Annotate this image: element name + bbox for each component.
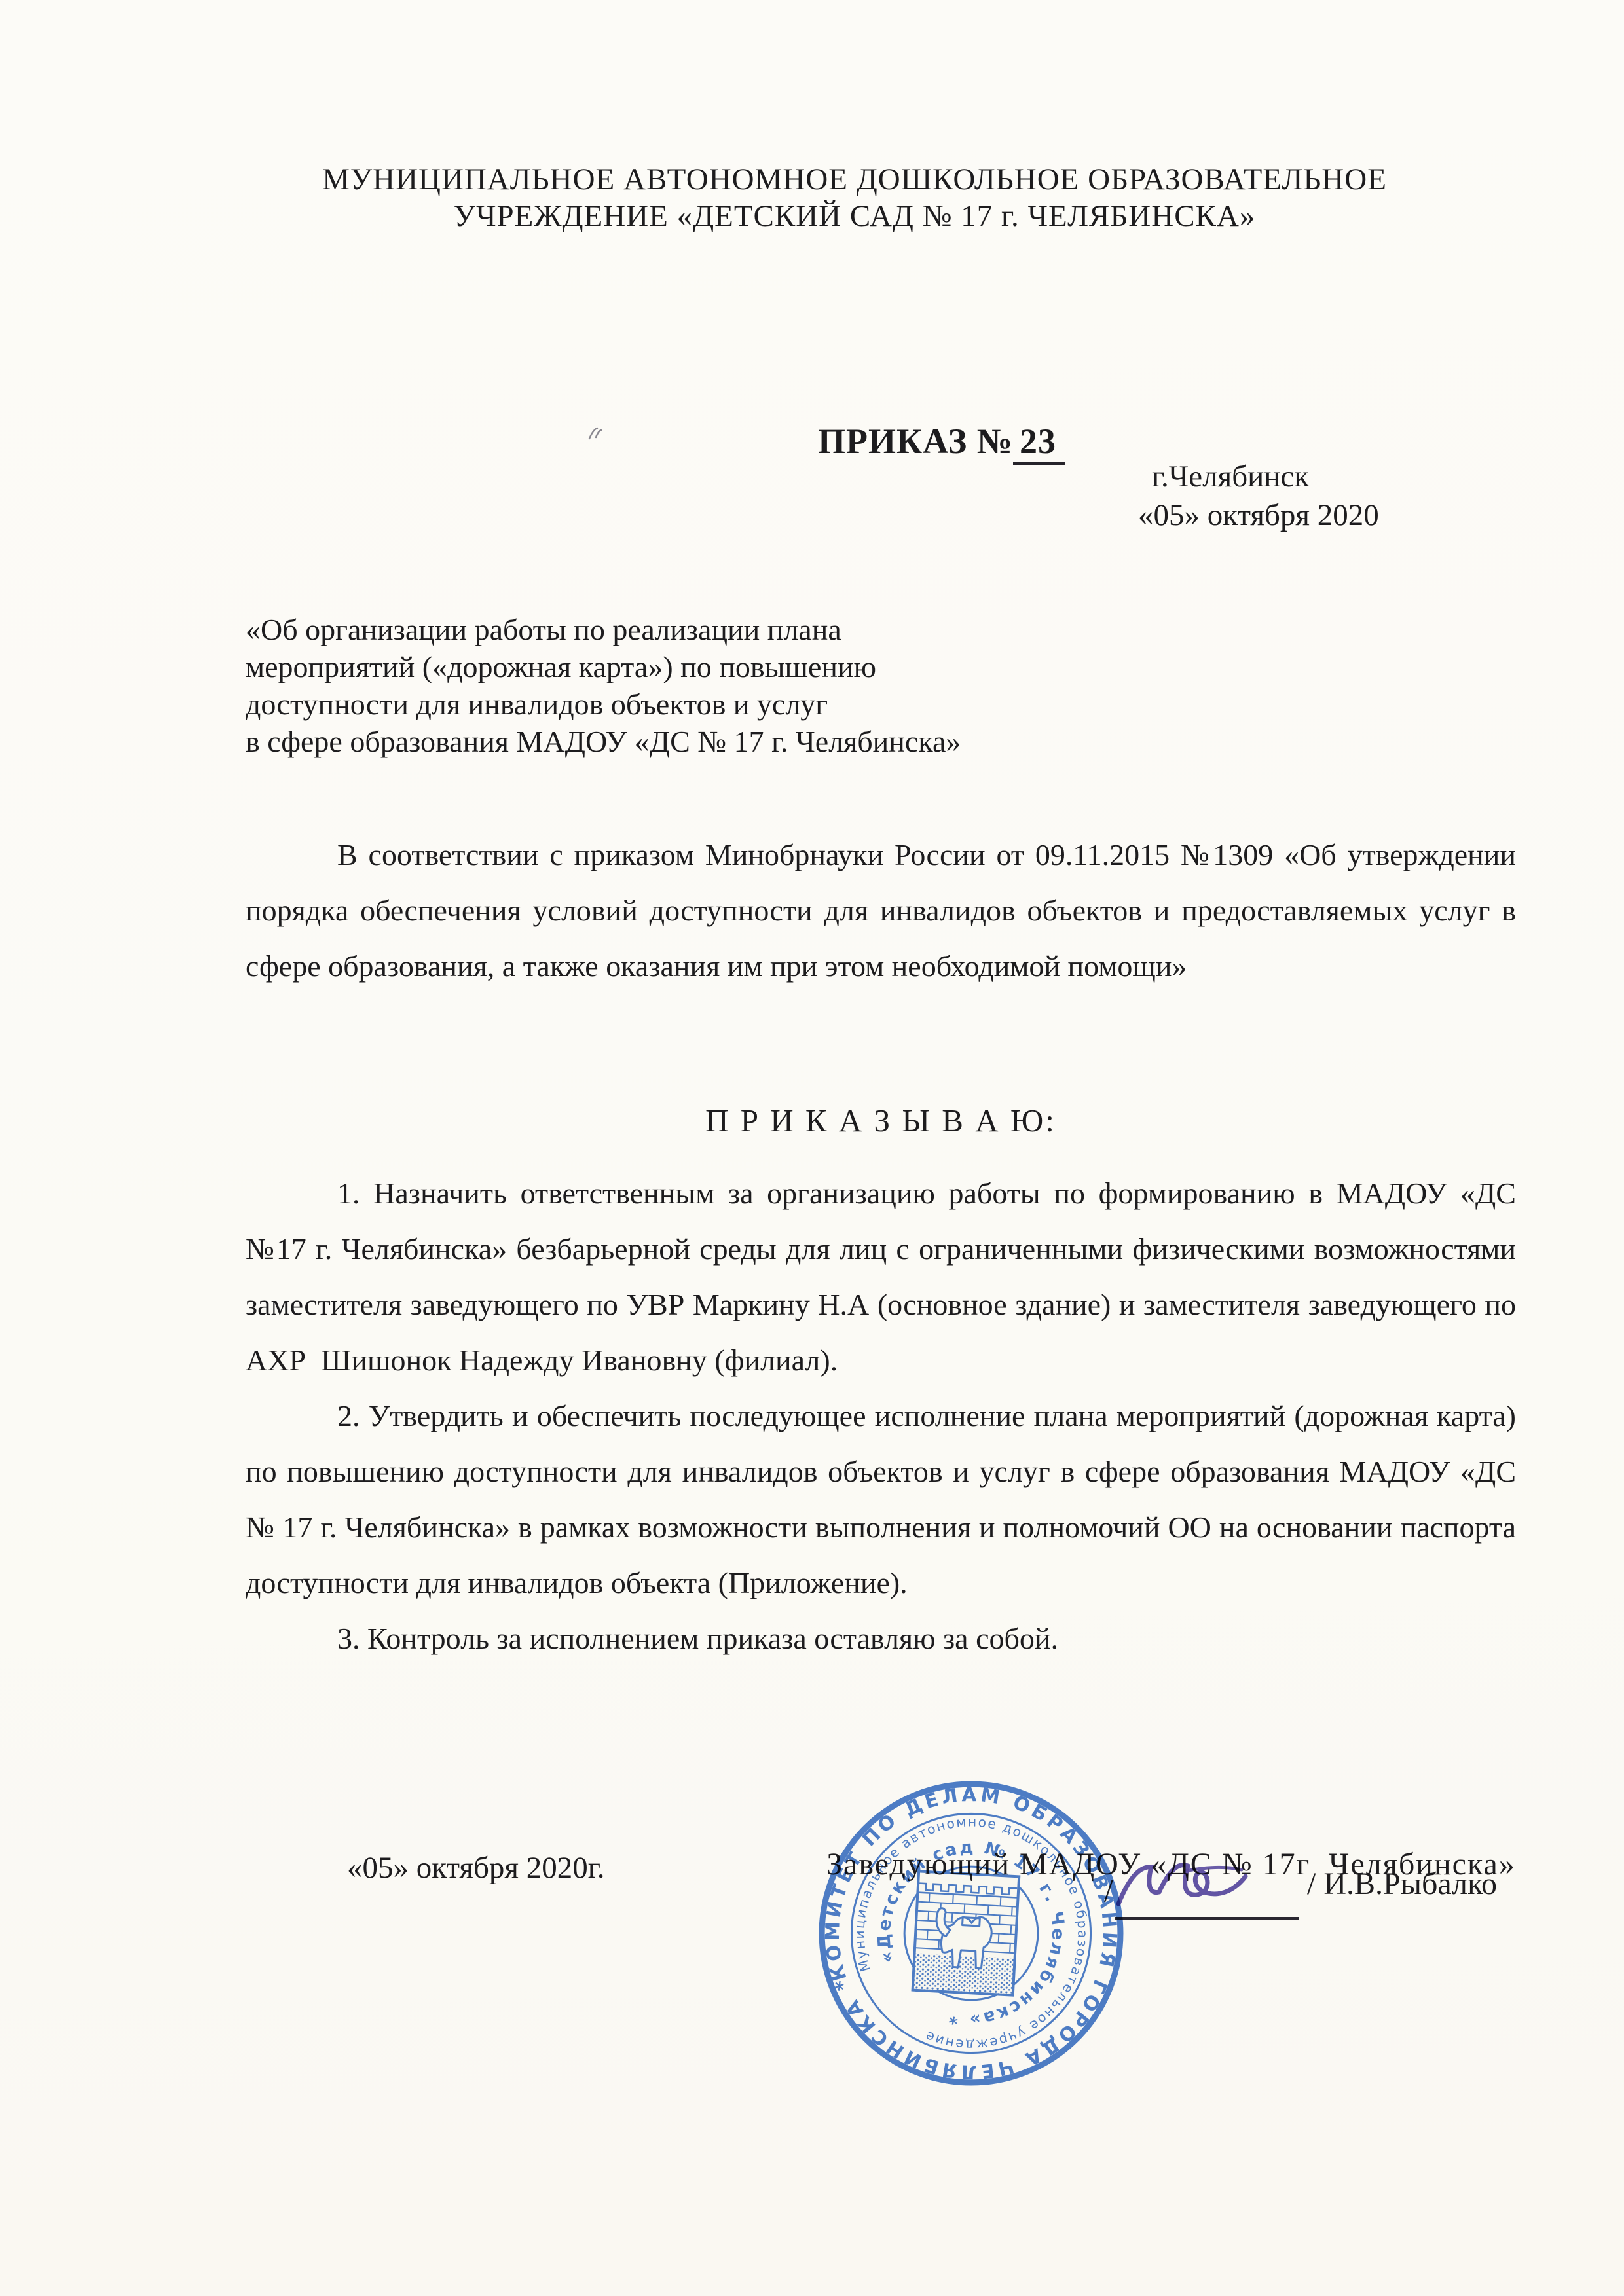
- stamp-seal-icon: КОМИТЕТ ПО ДЕЛАМ ОБРАЗОВАНИЯ ГОРОДА ЧЕЛЯ…: [817, 1779, 1125, 2087]
- command-word: П Р И К А З Ы В А Ю:: [246, 1102, 1516, 1139]
- org-header-line-1: МУНИЦИПАЛЬНОЕ АВТОНОМНОЕ ДОШКОЛЬНОЕ ОБРА…: [298, 161, 1411, 198]
- order-item-1: 1. Назначить ответственным за организаци…: [246, 1165, 1516, 1388]
- official-stamp: КОМИТЕТ ПО ДЕЛАМ ОБРАЗОВАНИЯ ГОРОДА ЧЕЛЯ…: [817, 1779, 1125, 2087]
- footer-date: «05» октября 2020г.: [347, 1850, 605, 1886]
- preamble-paragraph: В соответствии с приказом Минобрнауки Ро…: [246, 827, 1516, 994]
- org-header-line-2: УЧРЕЖДЕНИЕ «ДЕТСКИЙ САД № 17 г. ЧЕЛЯБИНС…: [298, 198, 1411, 234]
- order-date: «05» октября 2020: [1138, 498, 1379, 533]
- handwritten-signature: [1107, 1851, 1323, 1930]
- subject-line-4: в сфере образования МАДОУ «ДС № 17 г. Че…: [246, 723, 1228, 760]
- scanned-order-document: МУНИЦИПАЛЬНОЕ АВТОНОМНОЕ ДОШКОЛЬНОЕ ОБРА…: [0, 0, 1624, 2296]
- order-number: 23: [1013, 422, 1065, 465]
- order-items: 1. Назначить ответственным за организаци…: [246, 1165, 1516, 1666]
- order-label: ПРИКАЗ №: [818, 422, 1013, 461]
- signer-name: / И.В.Рыбалко: [1307, 1866, 1497, 1902]
- pen-mark: [587, 424, 606, 444]
- order-subject: «Об организации работы по реализации пла…: [246, 611, 1228, 760]
- subject-line-1: «Об организации работы по реализации пла…: [246, 611, 1228, 648]
- org-header: МУНИЦИПАЛЬНОЕ АВТОНОМНОЕ ДОШКОЛЬНОЕ ОБРА…: [298, 161, 1411, 234]
- order-item-2: 2. Утвердить и обеспечить последующее ис…: [246, 1388, 1516, 1611]
- subject-line-3: доступности для инвалидов объектов и усл…: [246, 685, 1228, 723]
- order-heading: ПРИКАЗ №23: [739, 421, 1145, 462]
- order-item-3: 3. Контроль за исполнением приказа остав…: [246, 1611, 1516, 1666]
- signature-stroke-icon: [1107, 1851, 1323, 1930]
- subject-line-2: мероприятий («дорожная карта») по повыше…: [246, 648, 1228, 685]
- order-place: г.Челябинск: [1152, 459, 1309, 494]
- stamp-coat-of-arms: [913, 1871, 1020, 1995]
